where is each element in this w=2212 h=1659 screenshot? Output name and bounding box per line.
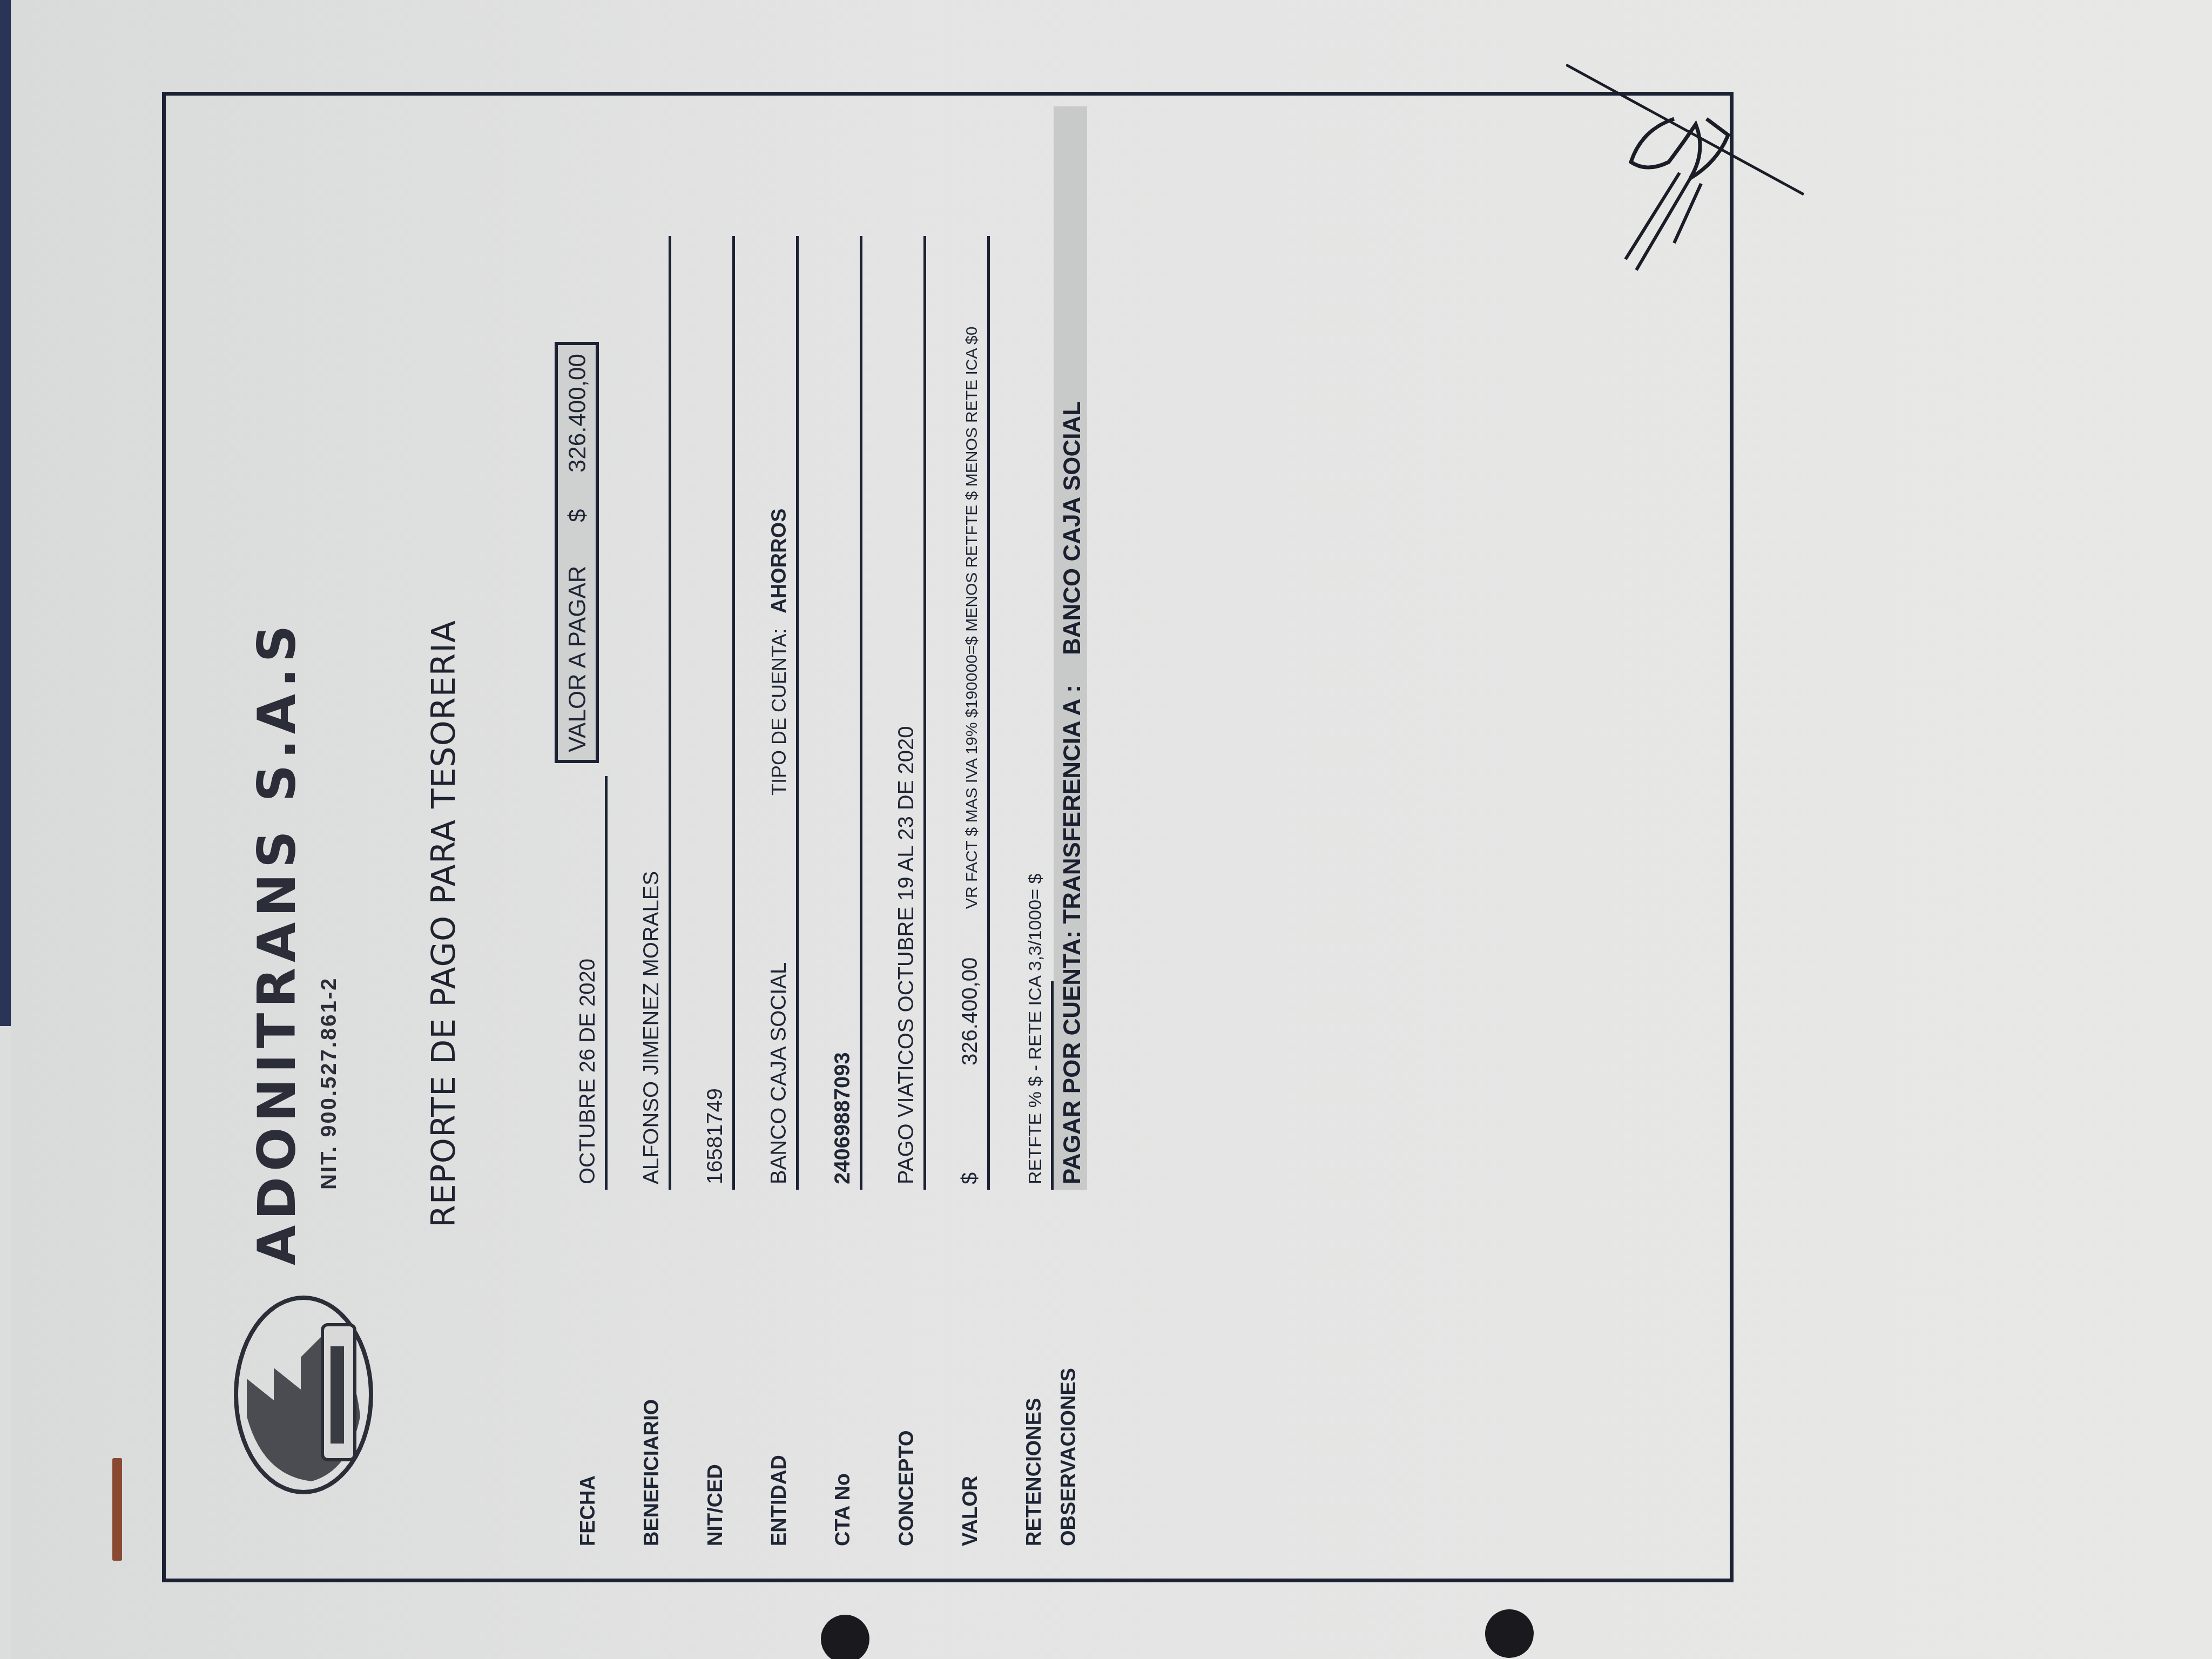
field-value: ALFONSO JIMENEZ MORALES (639, 871, 664, 1184)
field-value: $ (958, 1172, 982, 1184)
field-label: NIT/CED (704, 1464, 727, 1546)
punch-hole (821, 1615, 869, 1659)
tipo-cuenta-value: AHORROS (768, 508, 791, 613)
payment-report-form: ADONITRANS S.A.S NIT. 900.527.861-2 REPO… (162, 81, 1744, 1582)
field-row-valor: VALOR $ 326.400,00 VR FACT $ MAS IVA 19%… (926, 96, 990, 1579)
field-value: 24069887093 (831, 1052, 855, 1184)
field-label: CONCEPTO (895, 1430, 919, 1546)
field-row-fecha: FECHA OCTUBRE 26 DE 2020 (544, 96, 608, 1579)
valor-amount: 326.400,00 (958, 957, 982, 1065)
field-label: FECHA (577, 1475, 600, 1546)
valor-detail: VR FACT $ MAS IVA 19% $190000=$ MENOS RE… (963, 327, 981, 909)
field-label: VALOR (959, 1476, 982, 1546)
field-row-observaciones: OBSERVACIONES PAGAR POR CUENTA: TRANSFER… (1024, 96, 1088, 1579)
field-label: BENEFICIARIO (640, 1399, 664, 1546)
form-border: ADONITRANS S.A.S NIT. 900.527.861-2 REPO… (162, 92, 1734, 1582)
staple (112, 1458, 122, 1561)
adonitrans-logo-icon (231, 1292, 376, 1498)
field-value: OCTUBRE 26 DE 2020 (576, 959, 600, 1184)
field-row-nit-ced: NIT/CED 16581749 (671, 96, 735, 1579)
field-row-beneficiario: BENEFICIARIO ALFONSO JIMENEZ MORALES (608, 96, 671, 1579)
document-title: REPORTE DE PAGO PARA TESORERIA (425, 620, 463, 1228)
field-row-cta-no: CTA No 24069887093 (799, 96, 862, 1579)
field-value: PAGO VIATICOS OCTUBRE 19 AL 23 DE 2020 (894, 726, 919, 1184)
field-label: CTA No (832, 1473, 855, 1546)
field-row-concepto: CONCEPTO PAGO VIATICOS OCTUBRE 19 AL 23 … (862, 96, 926, 1579)
field-label: ENTIDAD (768, 1455, 791, 1546)
payment-method: PAGAR POR CUENTA: TRANSFERENCIA A : (1059, 685, 1086, 1184)
company-name: ADONITRANS S.A.S (247, 619, 307, 1265)
company-nit: NIT. 900.527.861-2 (317, 977, 341, 1190)
payment-bank: BANCO CAJA SOCIAL (1059, 401, 1086, 655)
field-value: 16581749 (703, 1088, 727, 1184)
field-value: BANCO CAJA SOCIAL (767, 962, 791, 1184)
tipo-cuenta: TIPO DE CUENTA:AHORROS (768, 508, 791, 795)
field-row-entidad: ENTIDAD BANCO CAJA SOCIAL TIPO DE CUENTA… (735, 96, 799, 1579)
tipo-cuenta-label: TIPO DE CUENTA: (768, 629, 790, 795)
signature-icon (1566, 54, 1825, 292)
field-label: OBSERVACIONES (1057, 1368, 1081, 1546)
punch-hole (1485, 1609, 1534, 1658)
